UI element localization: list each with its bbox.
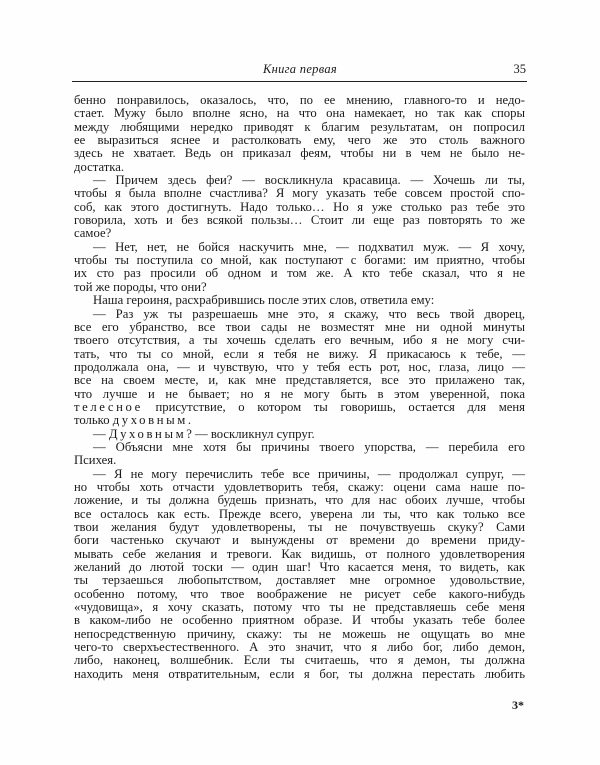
text-fragment: только (74, 413, 113, 427)
text-line: самое? (74, 227, 525, 240)
text-fragment: — (93, 427, 109, 441)
text-line: ложение, и ты должна будешь признать, чт… (74, 494, 525, 507)
text-line: твоего отсутствия, а ты хочешь сделать е… (74, 334, 525, 347)
running-head: Книга первая 35 (74, 62, 526, 78)
text-line: стает. Мужу было вполне ясно, на что она… (74, 107, 525, 120)
emphasized-spaced-word: телесное (74, 400, 143, 414)
text-line: в каком-либо не особенно приятном образе… (74, 614, 525, 627)
emphasized-spaced-word: духовным (113, 413, 188, 427)
text-line: — Я не могу перечислить тебе все причины… (74, 468, 525, 481)
page-number: 35 (514, 62, 527, 77)
text-line: — Нет, нет, не бойся наскучить мне, — по… (74, 241, 525, 254)
emphasized-spaced-word: Духовным (109, 427, 186, 441)
text-line: что лучше и не бывает; но я не могу быть… (74, 388, 525, 401)
text-line: здесь не хватает. Ведь он приказал феям,… (74, 147, 525, 160)
text-line: ее выразиться яснее и растолковать ему, … (74, 134, 525, 147)
text-line: находить меня отвратительным, если я бог… (74, 668, 525, 681)
text-line: особенно потому, что твое воображение не… (74, 588, 525, 601)
text-line: ты терзаешься любопытством, доставляет м… (74, 574, 525, 587)
text-line: чтобы ты поступила со мной, как поступаю… (74, 254, 525, 267)
text-line: твои желания будут удовлетворены, ты не … (74, 521, 525, 534)
text-line: между любящими нередко приводят к благим… (74, 121, 525, 134)
text-line: чтобы я была вполне счастлива? Я могу ук… (74, 187, 525, 200)
book-page: Книга первая 35 бенно понравилось, оказа… (0, 0, 600, 765)
text-fragment: . (188, 413, 191, 427)
text-line: все осталось как есть. Прежде всего, уве… (74, 508, 525, 521)
text-line: говорила, хоть и без всякой пользы… Стои… (74, 214, 525, 227)
text-line: телесное присутствие, о котором ты говор… (74, 401, 525, 414)
text-line: их сто раз просили об одном и том же. А … (74, 267, 525, 280)
text-line: либо, наконец, волшебник. Если ты считае… (74, 654, 525, 667)
text-line: но чтобы хоть отчасти удовлетворить тебя… (74, 481, 525, 494)
text-line: боги частенько скучают и вынуждены от вр… (74, 534, 525, 547)
text-line: тать, что ты со мной, если я тебя не виж… (74, 348, 525, 361)
text-line: той же породы, что они? (74, 281, 525, 294)
text-line: продолжала она, — и чувствую, что у тебя… (74, 361, 525, 374)
text-line: «чудовища», я хочу сказать, потому что т… (74, 601, 525, 614)
text-line: — Раз уж ты разрешаешь мне это, я скажу,… (74, 308, 525, 321)
text-line: — Духовным? — воскликнул супруг. (74, 428, 525, 441)
header-rule (72, 81, 527, 82)
text-line: бенно понравилось, оказалось, что, по ее… (74, 94, 525, 107)
text-line: чего-то сверхъестественного. А это значи… (74, 641, 525, 654)
text-line: все на своем месте, и, как мне представл… (74, 374, 525, 387)
text-line: Психея. (74, 454, 525, 467)
text-line: мывать себе желания и тревоги. Как видиш… (74, 548, 525, 561)
text-line: только духовным. (74, 414, 525, 427)
running-title: Книга первая (74, 62, 526, 77)
text-line: желаний до лютой тоски — один шаг! Что к… (74, 561, 525, 574)
body-text: бенно понравилось, оказалось, что, по ее… (74, 94, 525, 681)
text-line: Наша героиня, расхрабрившись после этих … (74, 294, 525, 307)
text-line: — Объясни мне хотя бы причины твоего упо… (74, 441, 525, 454)
text-line: соб, как этого достигнуть. Надо только… … (74, 201, 525, 214)
text-line: — Причем здесь феи? — воскликнула красав… (74, 174, 525, 187)
text-fragment: ? — воскликнул супруг. (186, 427, 314, 441)
text-line: достатка. (74, 161, 525, 174)
text-fragment: присутствие, о котором ты говоришь, оста… (143, 400, 525, 414)
signature-mark: 3* (512, 698, 524, 713)
text-line: непосредственную причину, скажу: ты не м… (74, 628, 525, 641)
text-line: все его убранство, все твои сады не возм… (74, 321, 525, 334)
